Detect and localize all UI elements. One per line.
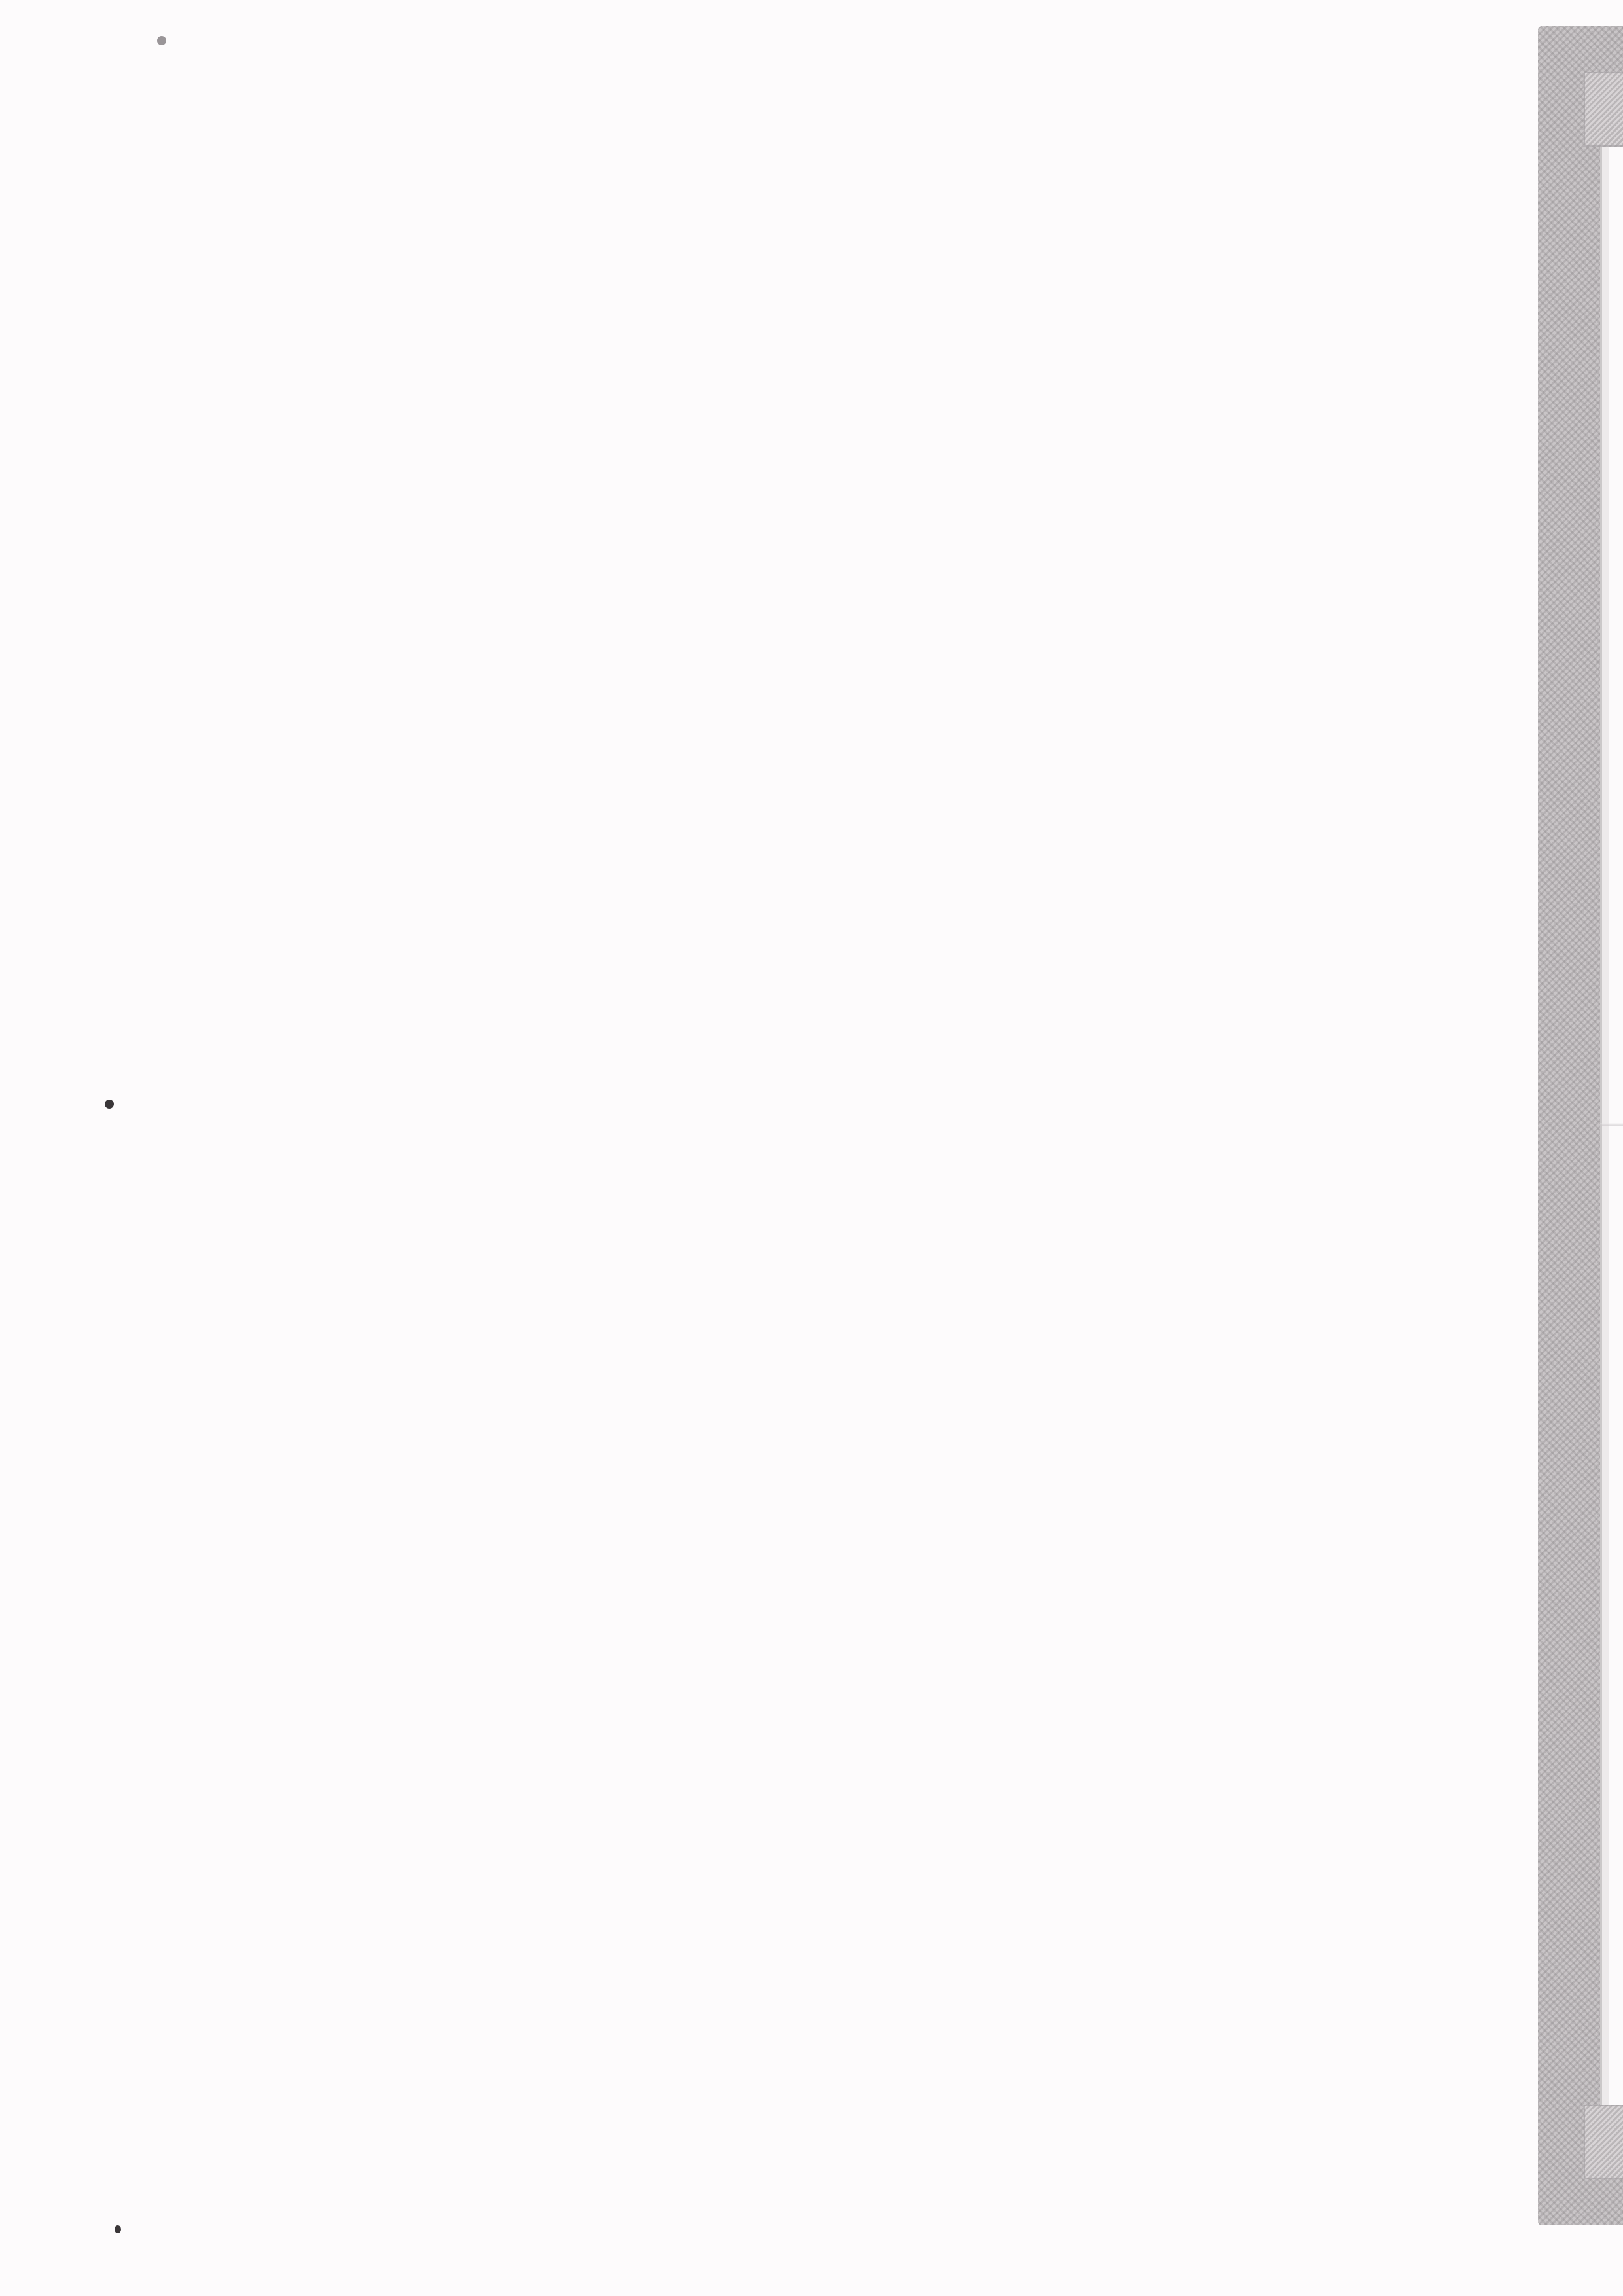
left-page: РОССИЙСКАЯ ФЕДЕРАЦИЯ УДОСТОВЕРЕНИЕ О ПОВ… xyxy=(1600,1126,1623,2163)
scan-speck xyxy=(105,1100,114,1109)
scan-speck xyxy=(115,2225,121,2233)
scan-speck xyxy=(157,36,166,45)
certificate-sheet: РОССИЙСКАЯ ФЕДЕРАЦИЯ УДОСТОВЕРЕНИЕ О ПОВ… xyxy=(1538,26,1623,2225)
right-page: Настоящее удостоверение подтверждает, чт… xyxy=(1600,88,1623,1122)
